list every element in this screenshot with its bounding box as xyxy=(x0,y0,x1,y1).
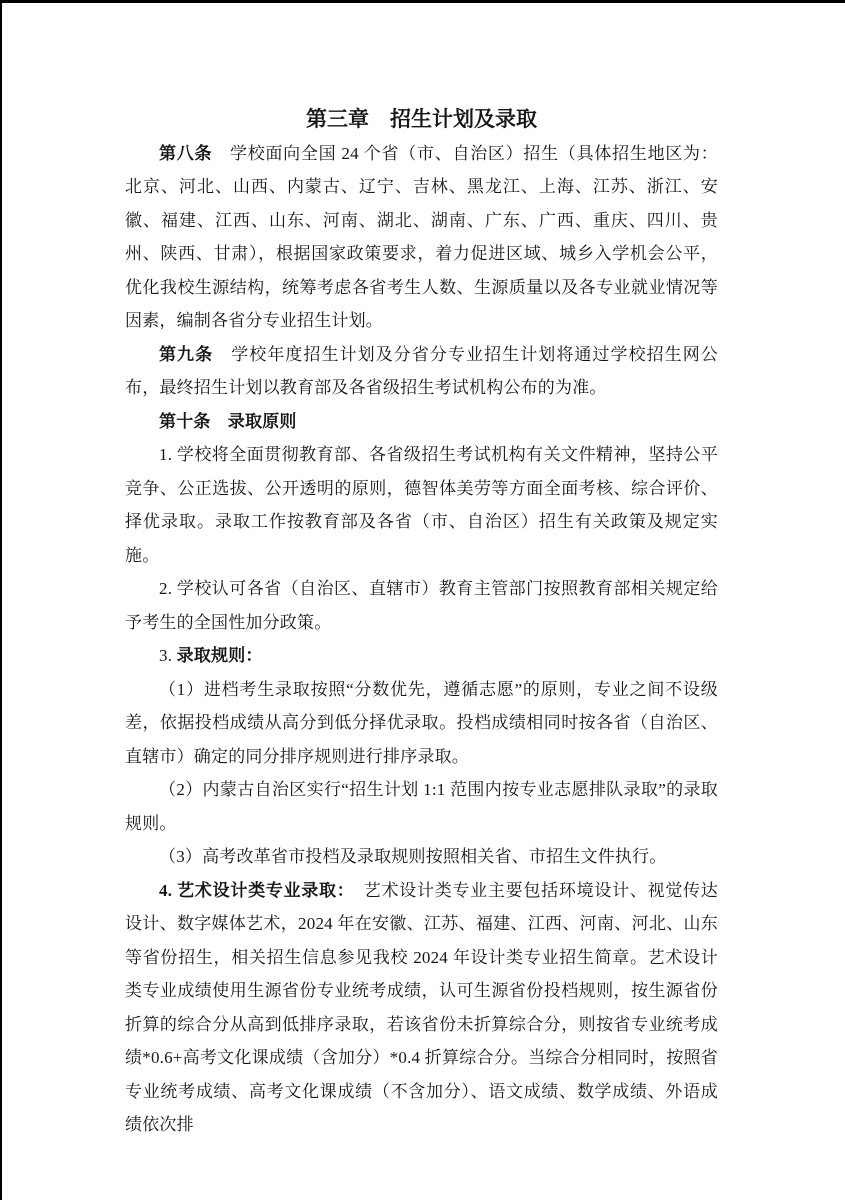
paragraph-text: （1）进档考生录取按照“分数优先，遵循志愿”的原则，专业之间不设级差，依据投档成… xyxy=(125,680,718,766)
paragraph-text: 学校年度招生计划及分省分专业招生计划将通过学校招生网公布，最终招生计划以教育部及… xyxy=(125,345,718,398)
item-heading-bold: 4. 艺术设计类专业录取： xyxy=(159,881,346,900)
paragraph-item-4-art-design: 4. 艺术设计类专业录取： 艺术设计类专业主要包括环境设计、视觉传达设计、数字媒… xyxy=(125,874,718,1142)
paragraph-text: 艺术设计类专业主要包括环境设计、视觉传达设计、数字媒体艺术，2024 年在安徽、… xyxy=(125,881,718,1135)
scan-edge-top xyxy=(0,0,845,3)
article-number-bold: 第九条 xyxy=(159,345,213,364)
item-number: 3. xyxy=(159,646,177,665)
paragraph-subitem-2: （2）内蒙古自治区实行“招生计划 1:1 范围内按专业志愿排队录取”的录取规则。 xyxy=(125,773,718,840)
article-number-bold: 第八条 xyxy=(159,144,212,163)
article-heading-bold: 第十条 录取原则 xyxy=(159,412,297,431)
paragraph-text: 1. 学校将全面贯彻教育部、各省级招生考试机构有关文件精神，坚持公平竞争、公正选… xyxy=(125,445,718,565)
paragraph-article-10-heading: 第十条 录取原则 xyxy=(125,405,718,439)
document-page: 第三章 招生计划及录取 第八条 学校面向全国 24 个省（市、自治区）招生（具体… xyxy=(125,103,718,1142)
paragraph-item-3-heading: 3. 录取规则： xyxy=(125,639,718,673)
paragraph-text: （3）高考改革省市投档及录取规则按照相关省、市招生文件执行。 xyxy=(159,847,667,866)
paragraph-subitem-3: （3）高考改革省市投档及录取规则按照相关省、市招生文件执行。 xyxy=(125,840,718,874)
paragraph-item-2: 2. 学校认可各省（自治区、直辖市）教育主管部门按照教育部相关规定给予考生的全国… xyxy=(125,572,718,639)
scan-edge-left xyxy=(0,0,2,1200)
paragraph-text: 2. 学校认可各省（自治区、直辖市）教育主管部门按照教育部相关规定给予考生的全国… xyxy=(125,579,718,632)
paragraph-article-8: 第八条 学校面向全国 24 个省（市、自治区）招生（具体招生地区为：北京、河北、… xyxy=(125,137,718,338)
paragraph-text: （2）内蒙古自治区实行“招生计划 1:1 范围内按专业志愿排队录取”的录取规则。 xyxy=(125,780,718,833)
paragraph-item-1: 1. 学校将全面贯彻教育部、各省级招生考试机构有关文件精神，坚持公平竞争、公正选… xyxy=(125,438,718,572)
chapter-heading: 第三章 招生计划及录取 xyxy=(125,103,718,137)
paragraph-subitem-1: （1）进档考生录取按照“分数优先，遵循志愿”的原则，专业之间不设级差，依据投档成… xyxy=(125,673,718,774)
paragraph-text: 学校面向全国 24 个省（市、自治区）招生（具体招生地区为：北京、河北、山西、内… xyxy=(125,144,718,331)
item-heading-bold: 录取规则： xyxy=(177,646,263,665)
paragraph-article-9: 第九条 学校年度招生计划及分省分专业招生计划将通过学校招生网公布，最终招生计划以… xyxy=(125,338,718,405)
